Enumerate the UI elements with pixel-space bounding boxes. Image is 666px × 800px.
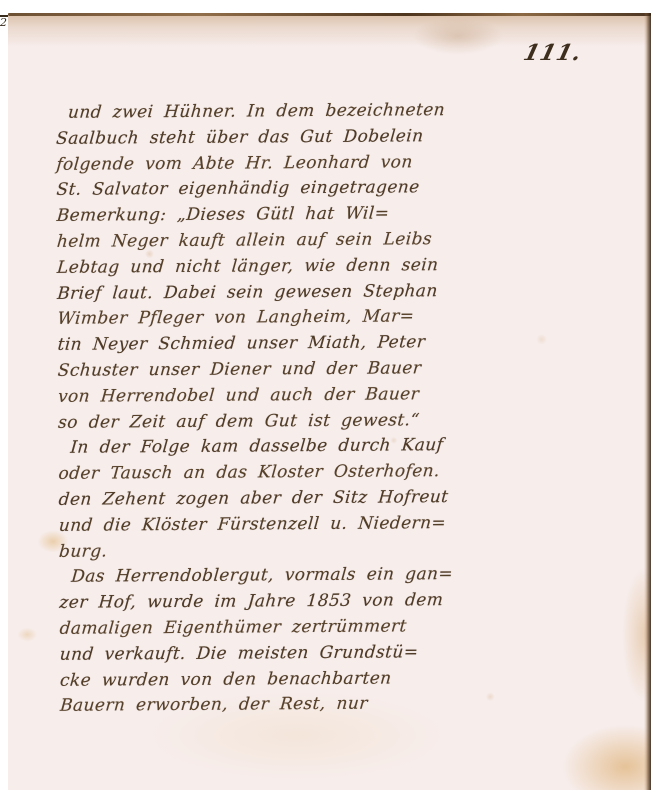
manuscript-line: von Herrendobel und auch der Bauer <box>57 381 579 410</box>
manuscript-line: Bauern erworben, der Rest, nur <box>59 690 581 719</box>
manuscript-line: und zwei Hühner. In dem bezeichneten <box>55 97 577 126</box>
manuscript-line: und verkauft. Die meisten Grundstü= <box>59 639 581 668</box>
page-top-edge <box>8 13 651 16</box>
manuscript-line: Lebtag und nicht länger, wie denn sein <box>56 252 578 281</box>
page-number: 111. <box>521 40 587 66</box>
manuscript-line: St. Salvator eigenhändig eingetragene <box>55 175 577 204</box>
manuscript-line: Bemerkung: „Dieses Gütl hat Wil= <box>56 200 578 229</box>
manuscript-line: und die Klöster Fürstenzell u. Niedern= <box>58 510 580 539</box>
manuscript-line: tin Neyer Schmied unser Miath, Peter <box>57 329 579 358</box>
manuscript-line: Saalbuch steht über das Gut Dobelein <box>55 123 577 152</box>
manuscript-line: zer Hof, wurde im Jahre 1853 von dem <box>58 587 580 616</box>
manuscript-line: In der Folge kam dasselbe durch Kauf <box>57 433 579 462</box>
manuscript-line: Wimber Pfleger von Langheim, Mar= <box>56 304 578 333</box>
manuscript-line: den Zehent zogen aber der Sitz Hofreut <box>58 484 580 513</box>
manuscript-line: oder Tausch an das Kloster Osterhofen. <box>57 458 579 487</box>
manuscript-line: damaligen Eigenthümer zertrümmert <box>58 613 580 642</box>
manuscript-page: 111. und zwei Hühner. In dem bezeichnete… <box>8 13 651 790</box>
manuscript-line: Schuster unser Diener und der Bauer <box>57 355 579 384</box>
manuscript-line: helm Neger kauft allein auf sein Leibs <box>56 226 578 255</box>
page-right-edge <box>644 13 651 790</box>
manuscript-text-block: und zwei Hühner. In dem bezeichneten Saa… <box>56 97 580 720</box>
manuscript-line: Das Herrendoblergut, vormals ein gan= <box>58 562 580 591</box>
scan-canvas: 2 111. und zwei Hühner. In dem bezeichne… <box>0 0 666 800</box>
